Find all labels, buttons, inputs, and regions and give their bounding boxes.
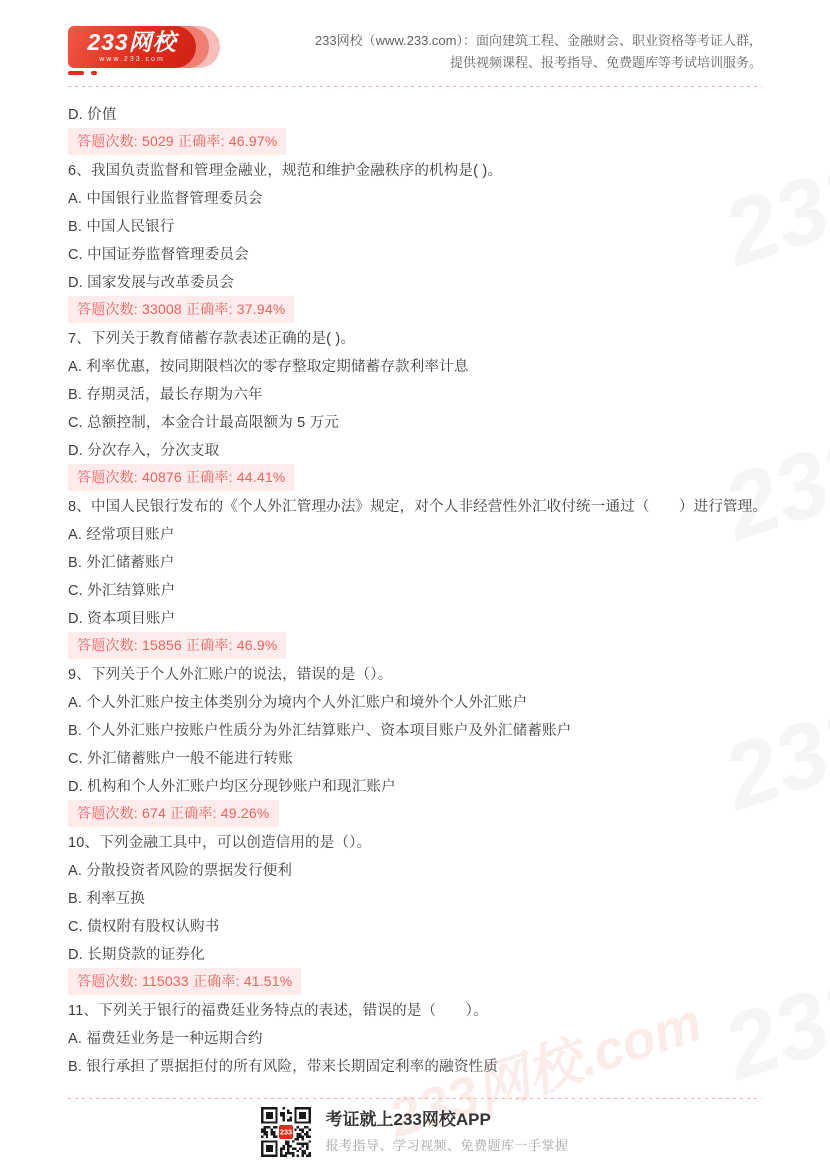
stat-row: 答题次数: 33008 正确率: 37.94% — [68, 295, 762, 323]
question-text: 7、下列关于教育储蓄存款表述正确的是( )。 — [68, 323, 762, 351]
question-text: 8、中国人民银行发布的《个人外汇管理办法》规定，对个人非经营性外汇收付统一通过（… — [68, 491, 762, 519]
answer-option: C. 中国证券监督管理委员会 — [68, 239, 762, 267]
answer-option: B. 外汇储蓄账户 — [68, 547, 762, 575]
question-text: 6、我国负责监督和管理金融业，规范和维护金融秩序的机构是( )。 — [68, 155, 762, 183]
tagline-line-2: 提供视频课程、报考指导、免费题库等考试培训服务。 — [315, 52, 762, 74]
answer-option: A. 个人外汇账户按主体类别分为境内个人外汇账户和境外个人外汇账户 — [68, 687, 762, 715]
footer: 233 考证就上233网校APP 报考指导、学习视频、免费题库一手掌握 — [0, 1097, 830, 1157]
answer-option: C. 总额控制，本金合计最高限额为 5 万元 — [68, 407, 762, 435]
answer-stats-badge: 答题次数: 674 正确率: 49.26% — [68, 800, 279, 827]
stat-row: 答题次数: 5029 正确率: 46.97% — [68, 127, 762, 155]
header-divider — [68, 85, 762, 87]
logo-underline — [68, 71, 97, 76]
answer-option: B. 存期灵活，最长存期为六年 — [68, 379, 762, 407]
brand-logo: 233网校 www.233.com — [68, 26, 248, 76]
page: 233网校.com 233网校.com 233网校.com 233网校.com … — [0, 0, 830, 1175]
answer-option: D. 机构和个人外汇账户均区分现钞账户和现汇账户 — [68, 771, 762, 799]
stat-row: 答题次数: 115033 正确率: 41.51% — [68, 967, 762, 995]
answer-option: D. 分次存入，分次支取 — [68, 435, 762, 463]
answer-option: B. 银行承担了票据拒付的所有风险，带来长期固定利率的融资性质 — [68, 1051, 762, 1079]
header-tagline: 233网校（www.233.com）：面向建筑工程、金融财会、职业资格等考证人群… — [315, 30, 762, 74]
answer-option: B. 中国人民银行 — [68, 211, 762, 239]
answer-option: B. 利率互换 — [68, 883, 762, 911]
answer-option: D. 国家发展与改革委员会 — [68, 267, 762, 295]
footer-text: 考证就上233网校APP 报考指导、学习视频、免费题库一手掌握 — [325, 1110, 568, 1154]
answer-option: C. 债权附有股权认购书 — [68, 911, 762, 939]
tagline-line-1: 233网校（www.233.com）：面向建筑工程、金融财会、职业资格等考证人群… — [315, 30, 762, 52]
logo-url: www.233.com — [99, 56, 165, 63]
answer-option: D. 价值 — [68, 99, 762, 127]
qr-code-icon: 233 — [261, 1107, 311, 1157]
answer-option: B. 个人外汇账户按账户性质分为外汇结算账户、资本项目账户及外汇储蓄账户 — [68, 715, 762, 743]
question-text: 10、下列金融工具中，可以创造信用的是（）。 — [68, 827, 762, 855]
answer-option: A. 中国银行业监督管理委员会 — [68, 183, 762, 211]
header: 233网校 www.233.com 233网校（www.233.com）：面向建… — [0, 0, 830, 76]
answer-option: A. 经常项目账户 — [68, 519, 762, 547]
question-text: 9、下列关于个人外汇账户的说法，错误的是（）。 — [68, 659, 762, 687]
answer-option: D. 长期贷款的证券化 — [68, 939, 762, 967]
answer-stats-badge: 答题次数: 40876 正确率: 44.41% — [68, 464, 294, 491]
logo-badge: 233网校 www.233.com — [68, 26, 196, 68]
answer-option: C. 外汇储蓄账户一般不能进行转账 — [68, 743, 762, 771]
stat-row: 答题次数: 40876 正确率: 44.41% — [68, 463, 762, 491]
footer-divider — [68, 1097, 762, 1099]
logo-title: 233网校 — [87, 31, 176, 54]
answer-stats-badge: 答题次数: 115033 正确率: 41.51% — [68, 968, 301, 995]
footer-app-subtitle: 报考指导、学习视频、免费题库一手掌握 — [325, 1135, 568, 1154]
stat-row: 答题次数: 15856 正确率: 46.9% — [68, 631, 762, 659]
question-text: 11、下列关于银行的福费廷业务特点的表述，错误的是（ ）。 — [68, 995, 762, 1023]
footer-promo: 233 考证就上233网校APP 报考指导、学习视频、免费题库一手掌握 — [0, 1107, 830, 1157]
footer-app-title: 考证就上233网校APP — [325, 1110, 568, 1130]
answer-option: D. 资本项目账户 — [68, 603, 762, 631]
question-list: D. 价值答题次数: 5029 正确率: 46.97%6、我国负责监督和管理金融… — [68, 99, 762, 1079]
answer-stats-badge: 答题次数: 33008 正确率: 37.94% — [68, 296, 294, 323]
answer-option: A. 利率优惠，按同期限档次的零存整取定期储蓄存款利率计息 — [68, 351, 762, 379]
answer-option: A. 福费廷业务是一种远期合约 — [68, 1023, 762, 1051]
answer-option: C. 外汇结算账户 — [68, 575, 762, 603]
stat-row: 答题次数: 674 正确率: 49.26% — [68, 799, 762, 827]
answer-stats-badge: 答题次数: 5029 正确率: 46.97% — [68, 128, 286, 155]
answer-option: A. 分散投资者风险的票据发行便利 — [68, 855, 762, 883]
answer-stats-badge: 答题次数: 15856 正确率: 46.9% — [68, 632, 286, 659]
svg-text:233: 233 — [281, 1129, 293, 1137]
